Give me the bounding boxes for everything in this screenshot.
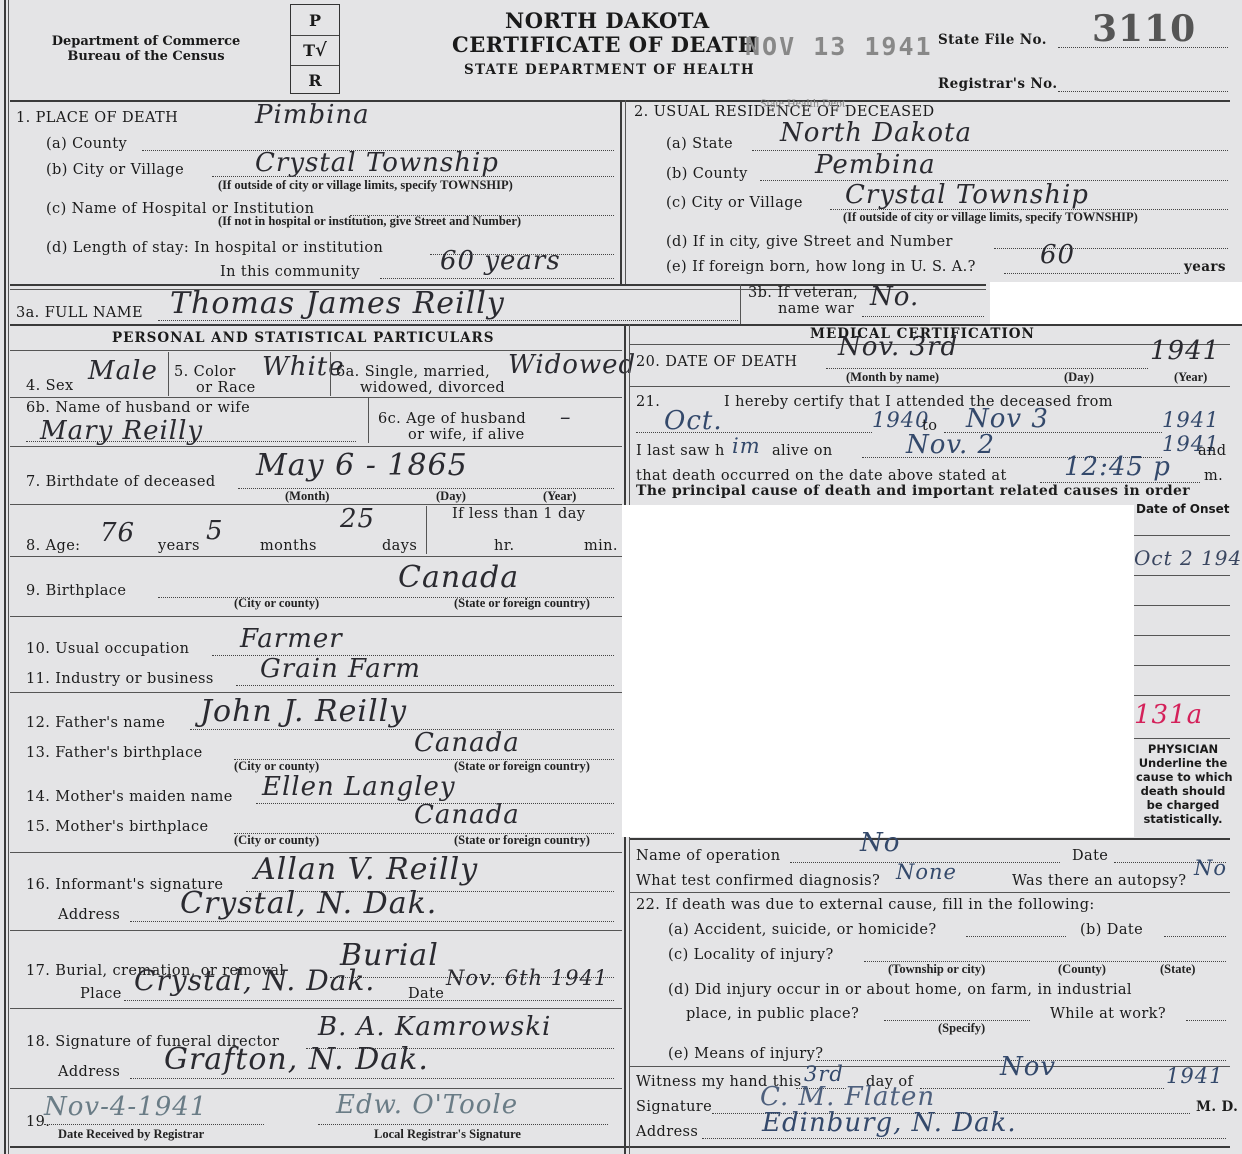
- accident-date-label: (b) Date: [1080, 922, 1143, 938]
- redacted-area-top: [990, 282, 1242, 326]
- mother-birthplace-value[interactable]: Canada: [414, 800, 520, 830]
- foreign-born-unit: years: [1184, 259, 1226, 275]
- spouse-age-label-2: or wife, if alive: [408, 427, 525, 443]
- burial-date-value[interactable]: Nov. 6th 1941: [446, 966, 608, 990]
- physician-note-line-3: cause to which: [1136, 770, 1230, 784]
- sex-value[interactable]: Male: [88, 356, 158, 386]
- physician-note-line-1: PHYSICIAN: [1136, 742, 1230, 756]
- physician-note-line-4: death should: [1136, 784, 1230, 798]
- full-name-value[interactable]: Thomas James Reilly: [170, 286, 505, 321]
- registrar-number-line: [1058, 91, 1228, 92]
- death-city-note: (If outside of city or village limits, s…: [218, 178, 513, 193]
- onset-line-6: [1134, 695, 1230, 696]
- residence-street-label: (d) If in city, give Street and Number: [666, 234, 953, 250]
- spouse-age-value[interactable]: –: [560, 405, 572, 429]
- death-certificate-page: Department of Commerce Bureau of the Cen…: [0, 0, 1242, 1154]
- father-birthplace-label: 13. Father's birthplace: [26, 745, 203, 761]
- row16-divider: [10, 930, 622, 931]
- external-cause-heading: 22. If death was due to external cause, …: [636, 897, 1095, 913]
- left-border-inner: [8, 0, 9, 1154]
- row20-divider: [630, 386, 1230, 387]
- signature-label: Signature: [636, 1099, 712, 1115]
- director-address-label: Address: [58, 1064, 120, 1080]
- residence-state-label: (a) State: [666, 136, 733, 152]
- row18-divider: [10, 1088, 622, 1089]
- informant-address-value[interactable]: Crystal, N. Dak.: [180, 886, 437, 921]
- row8-divider: [10, 556, 622, 557]
- item21-number: 21.: [636, 394, 660, 410]
- veteran-label-1: 3b. If veteran,: [748, 285, 858, 301]
- community-value[interactable]: 60 years: [440, 246, 561, 276]
- physician-note: PHYSICIAN Underline the cause to which d…: [1136, 742, 1230, 826]
- mother-city-caption: (City or county): [234, 833, 319, 848]
- funeral-director-value[interactable]: B. A. Kamrowski: [318, 1012, 551, 1042]
- physician-address-value[interactable]: Edinburg, N. Dak.: [762, 1108, 1017, 1138]
- industry-line: [236, 685, 614, 686]
- item1-item2-divider-inner: [625, 100, 626, 284]
- date-of-onset-label: Date of Onset: [1136, 502, 1230, 516]
- autopsy-label: Was there an autopsy?: [1012, 873, 1186, 889]
- length-of-stay-label: (d) Length of stay: In hospital or insti…: [46, 240, 383, 256]
- informant-value[interactable]: Allan V. Reilly: [254, 852, 478, 887]
- date-of-onset-value[interactable]: Oct 2 1941: [1134, 546, 1242, 570]
- foreign-born-label: (e) If foreign born, how long in U. S. A…: [666, 259, 976, 275]
- witness-month-value[interactable]: Nov: [1000, 1052, 1056, 1082]
- title-department: STATE DEPARTMENT OF HEALTH: [464, 62, 755, 78]
- full-name-line: [158, 320, 738, 321]
- birthplace-label: 9. Birthplace: [26, 583, 126, 599]
- ptr-checkbox-group: P T√ R: [290, 4, 340, 94]
- death-year-caption: (Year): [1174, 370, 1207, 385]
- death-county-label: (a) County: [46, 136, 127, 152]
- foreign-born-value[interactable]: 60: [1040, 240, 1075, 270]
- item3-bottom-divider: [10, 324, 1242, 326]
- hr-label: hr.: [494, 538, 515, 554]
- onset-line-1: [1134, 535, 1230, 536]
- marital-value[interactable]: Widowed: [508, 350, 636, 380]
- accident-label: (a) Accident, suicide, or homicide?: [668, 922, 937, 938]
- physician-address-label: Address: [636, 1124, 698, 1140]
- industry-label: 11. Industry or business: [26, 671, 214, 687]
- row17-divider: [10, 1008, 622, 1009]
- sex-label: 4. Sex: [26, 378, 74, 394]
- physician-note-line-6: statistically.: [1136, 812, 1230, 826]
- place-of-death-heading: 1. PLACE OF DEATH: [16, 110, 178, 126]
- accident-date-line: [1164, 936, 1226, 937]
- spouse-label: 6b. Name of husband or wife: [26, 400, 250, 416]
- birthdate-year-caption: (Year): [543, 489, 576, 504]
- ptr-cell-r[interactable]: R: [291, 65, 339, 95]
- while-at-work-line: [1186, 1020, 1226, 1021]
- row9-divider: [10, 616, 622, 617]
- state-file-number: 3110: [1092, 8, 1196, 50]
- age-divider: [426, 506, 427, 554]
- local-registrar-line: [318, 1124, 608, 1125]
- foreign-born-line: [1004, 273, 1180, 274]
- death-occurred-label: that death occurred on the date above st…: [636, 468, 1007, 484]
- operation-date-label: Date: [1072, 848, 1108, 864]
- father-name-label: 12. Father's name: [26, 715, 165, 731]
- ptr-cell-t[interactable]: T√: [291, 35, 339, 65]
- redacted-cause-of-death-area: [622, 505, 1134, 837]
- external-cause-divider: [630, 1066, 1230, 1067]
- faint-health-dept-stamp: State Health Dept.: [760, 96, 848, 111]
- onset-line-3: [1134, 605, 1230, 606]
- residence-city-label: (c) City or Village: [666, 195, 803, 211]
- birthdate-day-caption: (Day): [436, 489, 466, 504]
- witness-year-value[interactable]: 1941: [1166, 1064, 1223, 1088]
- received-date-stamp: NOV 13 1941: [745, 32, 933, 61]
- age-days-value[interactable]: 25: [340, 504, 375, 534]
- local-registrar-caption: Local Registrar's Signature: [374, 1127, 521, 1142]
- age-months-caption: months: [260, 538, 317, 554]
- dept-line-1: Department of Commerce: [36, 34, 256, 49]
- registrar-number-label: Registrar's No.: [938, 76, 1057, 92]
- checkmark-icon: √: [315, 40, 327, 61]
- m-label: m.: [1204, 468, 1223, 484]
- row11-divider: [10, 692, 622, 693]
- residence-city-value[interactable]: Crystal Township: [845, 180, 1089, 210]
- witness-month-line: [920, 1088, 1164, 1089]
- personal-section-heading: PERSONAL AND STATISTICAL PARTICULARS: [112, 330, 495, 346]
- while-at-work-label: While at work?: [1050, 1006, 1166, 1022]
- full-name-label: 3a. FULL NAME: [16, 305, 143, 321]
- date-of-death-year[interactable]: 1941: [1150, 336, 1220, 366]
- birthdate-label: 7. Birthdate of deceased: [26, 474, 216, 490]
- age-years-caption: years: [158, 538, 200, 554]
- bottom-border-left: [10, 1146, 630, 1148]
- death-time-value[interactable]: 12:45 p: [1064, 452, 1171, 482]
- test-label: What test confirmed diagnosis?: [636, 873, 880, 889]
- ptr-cell-p[interactable]: P: [291, 5, 339, 35]
- hospital-note: (If not in hospital or institution, give…: [218, 214, 521, 229]
- test-value[interactable]: None: [896, 860, 957, 884]
- death-day-caption: (Day): [1064, 370, 1094, 385]
- state-caption: (State): [1160, 962, 1195, 977]
- operation-label: Name of operation: [636, 848, 780, 864]
- operation-value[interactable]: No: [860, 828, 900, 858]
- physician-note-line-2: Underline the: [1136, 756, 1230, 770]
- last-saw-value[interactable]: Nov. 2: [906, 430, 995, 460]
- left-border: [4, 0, 6, 1154]
- veteran-divider: [740, 284, 741, 324]
- alive-on-label: alive on: [772, 443, 833, 459]
- color-label-1: 5. Color: [174, 364, 236, 380]
- spouse-age-label-1: 6c. Age of husband: [378, 411, 526, 427]
- state-file-label: State File No.: [938, 32, 1047, 48]
- burial-place-label: Place: [80, 986, 122, 1002]
- age-days-caption: days: [382, 538, 417, 554]
- occupation-value[interactable]: Farmer: [240, 624, 343, 654]
- father-birthplace-value[interactable]: Canada: [414, 728, 520, 758]
- age-label: 8. Age:: [26, 538, 80, 554]
- birthdate-value[interactable]: May 6 - 1865: [256, 448, 468, 483]
- row6-divider: [10, 446, 622, 447]
- occupation-label: 10. Usual occupation: [26, 641, 189, 657]
- marital-label-2: widowed, divorced: [360, 380, 505, 396]
- death-city-value[interactable]: Crystal Township: [255, 148, 499, 178]
- death-city-line: [212, 176, 614, 177]
- birthplace-value[interactable]: Canada: [398, 560, 519, 595]
- onset-line-4: [1134, 635, 1230, 636]
- veteran-label-2: name war: [778, 301, 854, 317]
- locality-label: (c) Locality of injury?: [668, 947, 834, 963]
- burial-place-line: [124, 1000, 614, 1001]
- mother-state-caption: (State or foreign country): [454, 833, 590, 848]
- spouse-age-divider: [368, 397, 369, 443]
- date-received-line: [44, 1124, 264, 1125]
- informant-address-line: [130, 921, 614, 922]
- means-of-injury-label: (e) Means of injury?: [668, 1046, 823, 1062]
- residence-city-note: (If outside of city or village limits, s…: [843, 210, 1138, 225]
- township-caption: (Township or city): [888, 962, 985, 977]
- residence-county-value[interactable]: Pembina: [815, 150, 936, 180]
- date-received-caption: Date Received by Registrar: [58, 1127, 204, 1142]
- industry-value[interactable]: Grain Farm: [260, 654, 421, 684]
- burial-place-value[interactable]: Crystal, N. Dak.: [134, 964, 375, 997]
- date-received-value[interactable]: Nov-4-1941: [44, 1092, 207, 1122]
- last-saw-label: I last saw h: [636, 443, 725, 459]
- birthdate-month-caption: (Month): [285, 489, 329, 504]
- attended-from-line: [636, 432, 872, 433]
- local-registrar-value[interactable]: Edw. O'Toole: [336, 1090, 518, 1120]
- veteran-value[interactable]: No.: [870, 282, 919, 312]
- attended-to-year[interactable]: 1941: [1162, 408, 1219, 432]
- birthplace-state-caption: (State or foreign country): [454, 596, 590, 611]
- row7-divider: [10, 504, 622, 505]
- director-address-value[interactable]: Grafton, N. Dak.: [164, 1042, 429, 1077]
- county-caption: (County): [1058, 962, 1106, 977]
- mother-name-label: 14. Mother's maiden name: [26, 789, 233, 805]
- community-label: In this community: [220, 264, 360, 280]
- father-name-line: [190, 729, 614, 730]
- title-state: NORTH DAKOTA: [505, 8, 710, 33]
- onset-line-7: [1134, 738, 1230, 739]
- dept-line-2: Bureau of the Census: [36, 49, 256, 64]
- father-state-caption: (State or foreign country): [454, 759, 590, 774]
- onset-line-2: [1134, 575, 1230, 576]
- father-name-value[interactable]: John J. Reilly: [200, 694, 407, 729]
- residence-state-value[interactable]: North Dakota: [780, 118, 972, 148]
- row4-divider: [10, 397, 622, 398]
- injury-place-label-1: (d) Did injury occur in or about home, o…: [668, 982, 1132, 998]
- color-value[interactable]: White: [262, 352, 345, 382]
- color-label-2: or Race: [196, 380, 256, 396]
- cause-of-death-text: The principal cause of death and importa…: [636, 483, 1190, 499]
- month-by-name-caption: (Month by name): [846, 370, 939, 385]
- color-marital-divider: [330, 352, 331, 396]
- physician-address-line: [702, 1138, 1226, 1139]
- veteran-line: [862, 316, 984, 317]
- residence-county-label: (b) County: [666, 166, 748, 182]
- age-years-value[interactable]: 76: [100, 518, 135, 548]
- mother-name-value[interactable]: Ellen Langley: [262, 772, 456, 802]
- residence-street-line: [994, 248, 1228, 249]
- date-of-death-label: 20. DATE OF DEATH: [636, 354, 797, 370]
- autopsy-divider: [630, 892, 1230, 893]
- last-saw-him[interactable]: im: [732, 434, 761, 458]
- death-county-value[interactable]: Pimbina: [255, 100, 370, 130]
- autopsy-value[interactable]: No: [1194, 856, 1227, 880]
- mother-birthplace-label: 15. Mother's birthplace: [26, 819, 208, 835]
- marital-label-1: 6a. Single, married,: [336, 364, 490, 380]
- and-label: and: [1198, 443, 1226, 459]
- onset-line-5: [1134, 665, 1230, 666]
- birthplace-city-caption: (City or county): [234, 596, 319, 611]
- sex-color-divider: [168, 352, 169, 396]
- attended-from-year[interactable]: 1940: [872, 408, 929, 432]
- title-certificate: CERTIFICATE OF DEATH: [452, 32, 758, 57]
- physician-note-line-5: be charged: [1136, 798, 1230, 812]
- bottom-border-right: [630, 1146, 1230, 1148]
- department-heading: Department of Commerce Bureau of the Cen…: [36, 34, 256, 64]
- classification-code: 131a: [1134, 700, 1203, 730]
- specify-caption: (Specify): [938, 1021, 985, 1036]
- death-city-label: (b) City or Village: [46, 162, 184, 178]
- director-address-line: [130, 1078, 614, 1079]
- date-of-death-value[interactable]: Nov. 3rd: [838, 332, 958, 362]
- min-label: min.: [584, 538, 618, 554]
- accident-line: [966, 936, 1066, 937]
- cause-bottom-divider: [630, 838, 1230, 840]
- informant-address-label: Address: [58, 907, 120, 923]
- spouse-line: [26, 441, 356, 442]
- md-label: M. D.: [1196, 1099, 1238, 1115]
- injury-place-label-2: place, in public place?: [686, 1006, 859, 1022]
- date-of-death-line: [826, 368, 1148, 369]
- ptr-letter-t: T: [303, 41, 315, 60]
- community-line: [380, 278, 614, 279]
- item1-item2-divider: [620, 100, 622, 284]
- age-months-value[interactable]: 5: [206, 516, 224, 546]
- less-than-day-label: If less than 1 day: [452, 506, 585, 522]
